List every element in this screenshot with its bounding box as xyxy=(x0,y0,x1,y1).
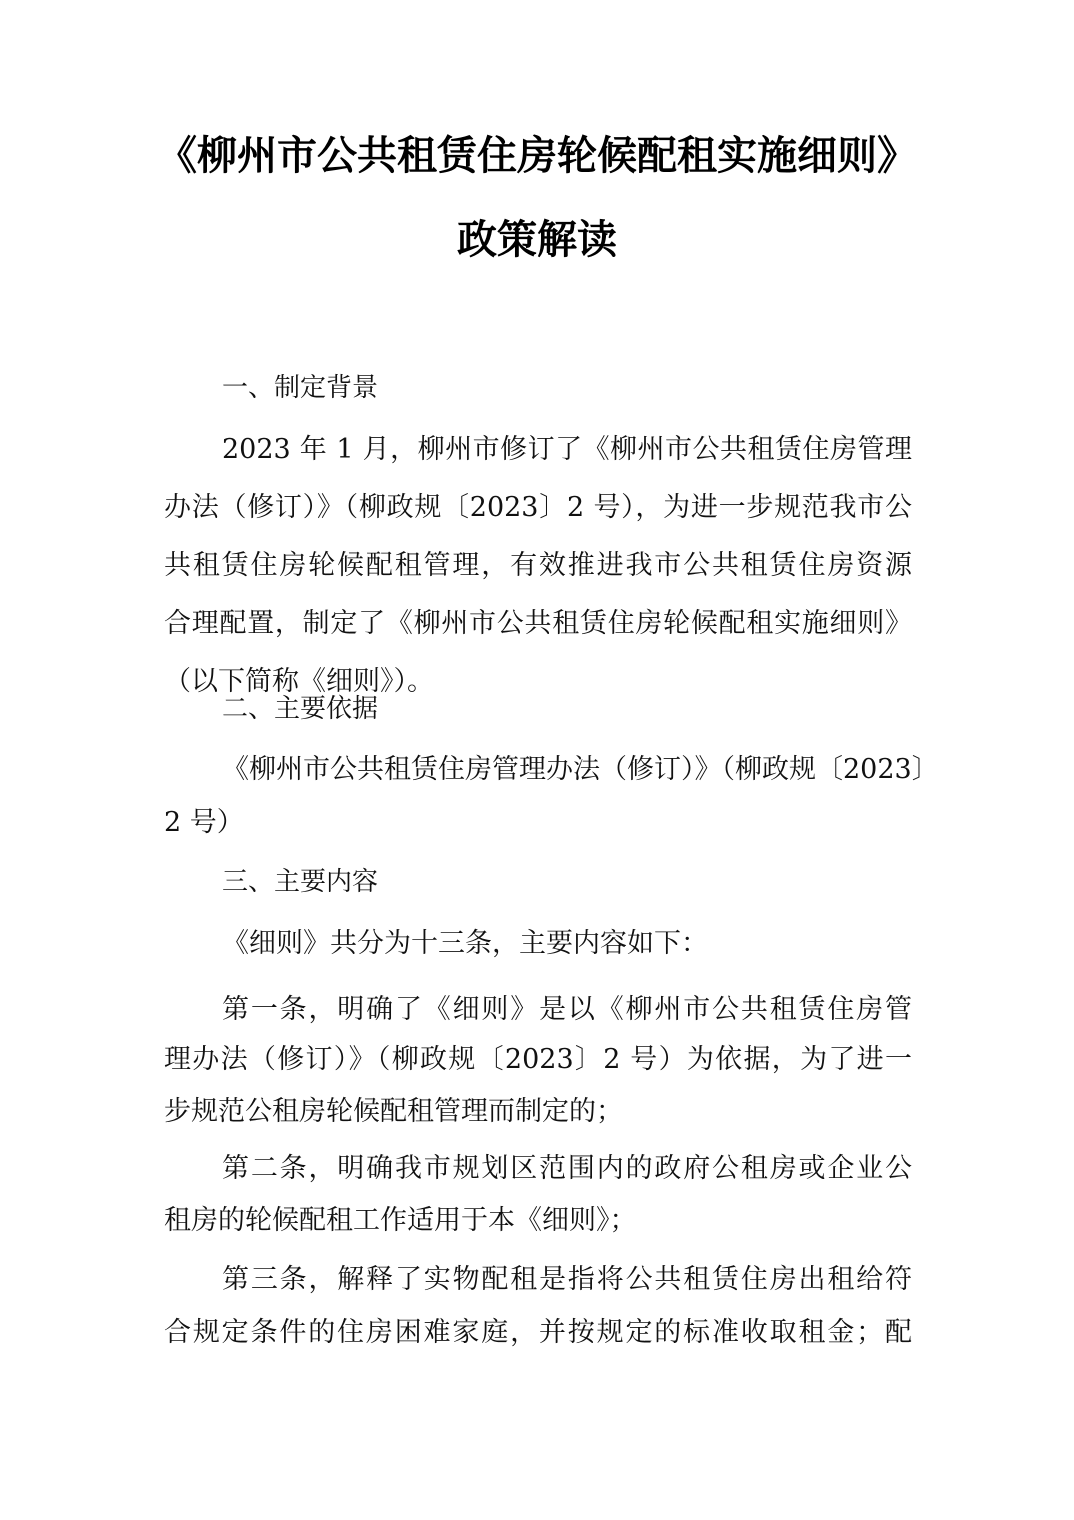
paragraph-line: 租房的轮候配租工作适用于本《细则》； xyxy=(164,1204,912,1238)
paragraph-line: 《细则》共分为十三条，主要内容如下： xyxy=(222,927,912,961)
paragraph-line: 步规范公租房轮候配租管理而制定的； xyxy=(164,1095,912,1129)
paragraph-line: 共租赁住房轮候配租管理，有效推进我市公共租赁住房资源 xyxy=(164,549,912,583)
paragraph-line: 第二条，明确我市规划区范围内的政府公租房或企业公 xyxy=(222,1152,912,1186)
paragraph-line: 合规定条件的住房困难家庭，并按规定的标准收取租金；配 xyxy=(164,1316,912,1350)
paragraph-line: 第三条，解释了实物配租是指将公共租赁住房出租给符 xyxy=(222,1263,912,1297)
paragraph-line: 2023 年 1 月，柳州市修订了《柳州市公共租赁住房管理 xyxy=(222,433,912,467)
paragraph-line: 2 号） xyxy=(164,806,912,840)
paragraph-line: 合理配置，制定了《柳州市公共租赁住房轮候配租实施细则》 xyxy=(164,607,912,641)
section-heading-background: 一、制定背景 xyxy=(222,372,378,404)
section-heading-content: 三、主要内容 xyxy=(222,866,378,898)
document-subtitle: 政策解读 xyxy=(0,216,1074,264)
document-page: 《柳州市公共租赁住房轮候配租实施细则》 政策解读 一、制定背景 2023 年 1… xyxy=(0,0,1074,1520)
paragraph-line: 理办法（修订）》（柳政规〔2023〕2 号）为依据，为了进一 xyxy=(164,1043,912,1077)
paragraph-line: 第一条，明确了《细则》是以《柳州市公共租赁住房管 xyxy=(222,993,912,1027)
section-heading-basis: 二、主要依据 xyxy=(222,693,378,725)
document-title: 《柳州市公共租赁住房轮候配租实施细则》 xyxy=(0,132,1074,180)
paragraph-line: 《柳州市公共租赁住房管理办法（修订）》（柳政规〔2023〕 xyxy=(222,753,930,787)
paragraph-line: 办法（修订）》（柳政规〔2023〕2 号），为进一步规范我市公 xyxy=(164,491,912,525)
